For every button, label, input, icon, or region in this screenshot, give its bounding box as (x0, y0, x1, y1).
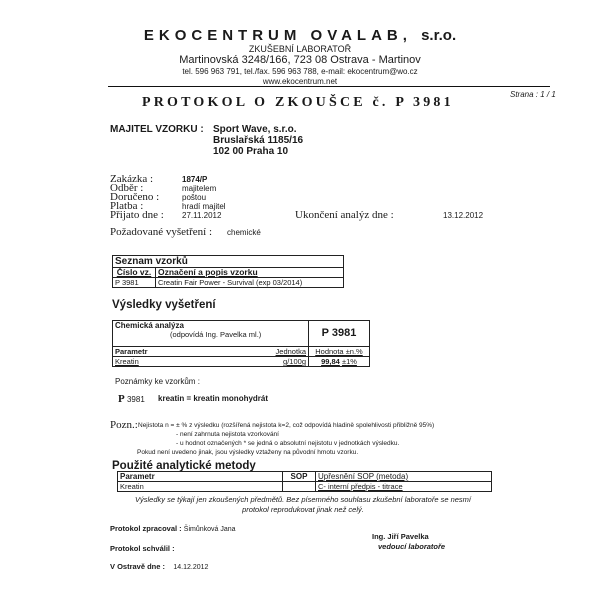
lab-name-suffix: s.r.o. (421, 27, 456, 44)
processed-by: Šimůnková Jana (184, 526, 236, 533)
method-detail: C- interní předpis - titrace (316, 482, 492, 492)
owner-address: Sport Wave, s.r.o. Bruslařská 1185/16 10… (213, 124, 303, 157)
sign-date: 14.12.2012 (173, 564, 208, 571)
analysis-note: (odpovídá Ing. Pavelka ml.) (115, 330, 306, 339)
pozn-line: - není zahrnuta nejistota vzorkování (176, 431, 279, 438)
owner-name: Sport Wave, s.r.o. (213, 124, 303, 135)
param-unit: g/100g (213, 357, 308, 367)
notes-code-num: 3981 (127, 395, 145, 404)
received-label: Přijato dne : (110, 209, 164, 221)
owner-label: MAJITEL VZORKU : (110, 124, 204, 135)
received-value: 27.11.2012 (182, 211, 221, 220)
lab-type: ZKUŠEBNÍ LABORATOŘ (0, 44, 600, 54)
finished-label: Ukončení analýz dne : (295, 209, 394, 221)
col-parameter: Parametr (113, 347, 214, 357)
date-label-text: V Ostravě dne : (110, 562, 165, 571)
lab-contact: tel. 596 963 791, tel./fax. 596 963 788,… (0, 67, 600, 76)
requested-value: chemické (227, 228, 261, 237)
finished-value: 13.12.2012 (443, 211, 483, 220)
pickup-value: majitelem (182, 184, 216, 193)
param-value: 99,84 ±1% (309, 357, 370, 367)
lab-name: EKOCENTRUM OVALAB, s.r.o. (0, 27, 600, 44)
table-row: Kreatin C- interní předpis - titrace (118, 482, 492, 492)
samples-caption: Seznam vzorků (113, 256, 344, 268)
col-sop: SOP (283, 472, 316, 482)
lab-address: Martinovská 3248/166, 723 08 Ostrava - M… (0, 54, 600, 66)
param-name: Kreatin (113, 357, 214, 367)
payment-value: hradí majitel (182, 202, 226, 211)
pozn-line: Nejistota n = ± % z výsledku (rozšířená … (138, 422, 434, 429)
samples-table: Seznam vzorků Číslo vz. Označení a popis… (112, 255, 344, 288)
delivery-value: poštou (182, 193, 206, 202)
value-number: 99,84 (321, 357, 340, 366)
col-sample-no: Číslo vz. (113, 268, 156, 278)
sample-no: P 3981 (113, 278, 156, 288)
date-label: V Ostravě dne : 14.12.2012 (110, 562, 208, 571)
value-uncertainty: ±1% (342, 357, 357, 366)
col-unit: Jednotka (213, 347, 308, 357)
page-title: PROTOKOL O ZKOUŠCE č. P 3981 (142, 95, 454, 111)
sample-code: P 3981 (309, 321, 370, 347)
owner-street: Bruslařská 1185/16 (213, 135, 303, 146)
approver-name: Ing. Jiří Pavelka (372, 532, 445, 542)
page-number: Strana : 1 / 1 (510, 90, 556, 99)
pozn-label: Pozn.: (110, 419, 138, 431)
lab-website: www.ekocentrum.net (0, 77, 600, 86)
analysis-title: Chemická analýza (115, 321, 306, 330)
notes-sample: P 3981 (118, 393, 145, 405)
notes-text: kreatin = kreatin monohydrát (158, 394, 268, 403)
disclaimer: Výsledky se týkají jen zkoušených předmě… (0, 495, 600, 515)
pozn-line: Pokud není uvedeno jinak, jsou výsledky … (137, 449, 358, 456)
col-sop-detail: Upřesnění SOP (metoda) (316, 472, 492, 482)
lab-name-main: EKOCENTRUM OVALAB, (144, 27, 412, 44)
table-row: P 3981 Creatin Fair Power - Survival (ex… (113, 278, 344, 288)
order-value: 1874/P (182, 175, 207, 184)
col-method-param: Parametr (118, 472, 283, 482)
method-param: Kreatin (118, 482, 283, 492)
results-table: Chemická analýza (odpovídá Ing. Pavelka … (112, 320, 370, 367)
approved-label: Protokol schválil : (110, 544, 175, 553)
pozn-line: - u hodnot označených * se jedná o absol… (176, 440, 399, 447)
analysis-header: Chemická analýza (odpovídá Ing. Pavelka … (113, 321, 309, 347)
notes-code-prefix: P (118, 393, 125, 405)
approver-role: vedoucí laboratoře (372, 542, 445, 552)
sample-desc: Creatin Fair Power - Survival (exp 03/20… (156, 278, 344, 288)
header-divider (108, 86, 550, 87)
owner-city: 102 00 Praha 10 (213, 146, 303, 157)
col-sample-desc: Označení a popis vzorku (156, 268, 344, 278)
methods-table: Parametr SOP Upřesnění SOP (metoda) Krea… (117, 471, 492, 492)
requested-label: Požadované vyšetření : (110, 226, 212, 238)
processed-label: Protokol zpracoval : Šimůnková Jana (110, 524, 236, 533)
results-heading: Výsledky vyšetření (112, 299, 216, 311)
method-sop (283, 482, 316, 492)
disclaimer-text: Výsledky se týkají jen zkoušených předmě… (133, 495, 473, 515)
processed-label-text: Protokol zpracoval : (110, 524, 182, 533)
approver: Ing. Jiří Pavelka vedoucí laboratoře (372, 532, 445, 552)
notes-label: Poznámky ke vzorkům : (115, 377, 200, 386)
col-value: Hodnota ±n.% (309, 347, 370, 357)
table-row: Kreatin g/100g 99,84 ±1% (113, 357, 370, 367)
